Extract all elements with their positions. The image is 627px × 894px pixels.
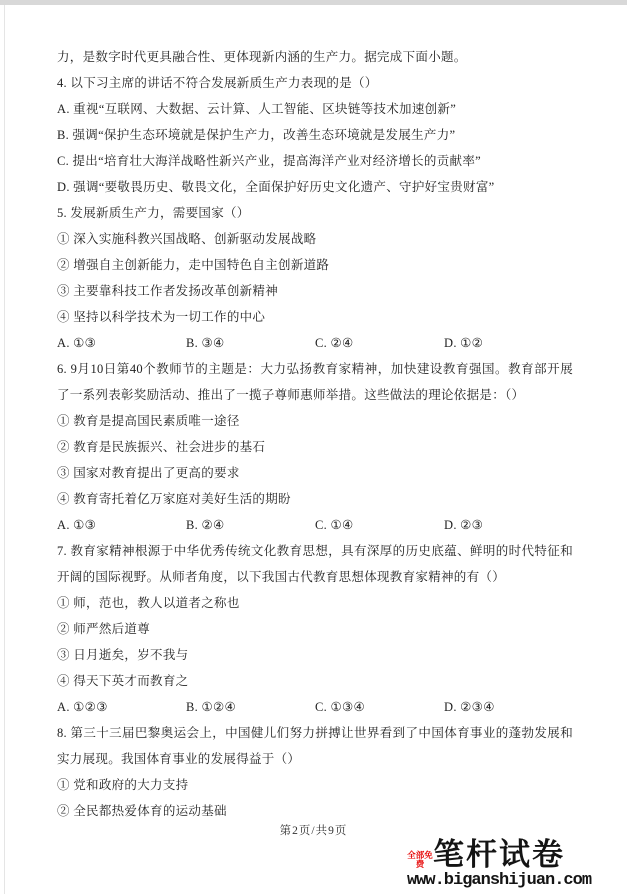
- q7-item-4: ④ 得天下英才而教育之: [57, 668, 573, 694]
- q6-answer-row: A. ①③ B. ②④ C. ①④ D. ②③: [57, 512, 573, 538]
- q6-item-4: ④ 教育寄托着亿万家庭对美好生活的期盼: [57, 486, 573, 512]
- q6-item-1: ① 教育是提高国民素质唯一途径: [57, 408, 573, 434]
- q5-answer-c: C. ②④: [315, 330, 444, 356]
- q6-answer-c: C. ①④: [315, 512, 444, 538]
- q4-option-c: C. 提出“培育壮大海洋战略性新兴产业，提高海洋产业对经济增长的贡献率”: [57, 148, 573, 174]
- scan-top-edge: [0, 0, 627, 5]
- q5-item-2: ② 增强自主创新能力，走中国特色自主创新道路: [57, 252, 573, 278]
- q5-stem: 5. 发展新质生产力，需要国家（）: [57, 200, 573, 226]
- q6-item-3: ③ 国家对教育提出了更高的要求: [57, 460, 573, 486]
- q5-item-3: ③ 主要靠科技工作者发扬改革创新精神: [57, 278, 573, 304]
- q7-item-3: ③ 日月逝矣，岁不我与: [57, 642, 573, 668]
- q6-stem: 6. 9月10日第40个教师节的主题是：大力弘扬教育家精神，加快建设教育强国。教…: [57, 356, 573, 408]
- q7-answer-c: C. ①③④: [315, 694, 444, 720]
- q7-answer-a: A. ①②③: [57, 694, 186, 720]
- scan-left-edge: [4, 5, 5, 894]
- watermark: 全部免费 笔杆试卷 www.biganshijuan.com: [407, 839, 617, 890]
- q7-stem: 7. 教育家精神根源于中华优秀传统文化教育思想，具有深厚的历史底蕴、鲜明的时代特…: [57, 538, 573, 590]
- q4-option-d: D. 强调“要敬畏历史、敬畏文化，全面保护好历史文化遗产、守护好宝贵财富”: [57, 174, 573, 200]
- watermark-brand-logo: 笔杆试卷: [433, 839, 565, 871]
- q7-answer-row: A. ①②③ B. ①②④ C. ①③④ D. ②③④: [57, 694, 573, 720]
- q4-option-a: A. 重视“互联网、大数据、云计算、人工智能、区块链等技术加速创新”: [57, 96, 573, 122]
- intro-continuation-text: 力，是数字时代更具融合性、更体现新内涵的生产力。据完成下面小题。: [57, 44, 573, 70]
- q5-answer-d: D. ①②: [444, 330, 573, 356]
- q5-item-4: ④ 坚持以科学技术为一切工作的中心: [57, 304, 573, 330]
- q8-item-2: ② 全民都热爱体育的运动基础: [57, 798, 573, 824]
- q6-answer-b: B. ②④: [186, 512, 315, 538]
- q5-answer-b: B. ③④: [186, 330, 315, 356]
- q7-item-1: ① 师，范也，教人以道者之称也: [57, 590, 573, 616]
- page-number: 第2页/共9页: [0, 822, 627, 838]
- q8-item-1: ① 党和政府的大力支持: [57, 772, 573, 798]
- q5-answer-row: A. ①③ B. ③④ C. ②④ D. ①②: [57, 330, 573, 356]
- q4-option-b: B. 强调“保护生态环境就是保护生产力，改善生态环境就是发展生产力”: [57, 122, 573, 148]
- watermark-url-link[interactable]: www.biganshijuan.com: [407, 871, 617, 890]
- q5-item-1: ① 深入实施科教兴国战略、创新驱动发展战略: [57, 226, 573, 252]
- q6-answer-a: A. ①③: [57, 512, 186, 538]
- page-content: 力，是数字时代更具融合性、更体现新内涵的生产力。据完成下面小题。 4. 以下习主…: [57, 44, 573, 824]
- q7-answer-b: B. ①②④: [186, 694, 315, 720]
- q8-stem: 8. 第三十三届巴黎奥运会上，中国健儿们努力拼搏让世界看到了中国体育事业的蓬勃发…: [57, 720, 573, 772]
- q6-item-2: ② 教育是民族振兴、社会进步的基石: [57, 434, 573, 460]
- exam-paper-page: 力，是数字时代更具融合性、更体现新内涵的生产力。据完成下面小题。 4. 以下习主…: [0, 0, 627, 894]
- q7-answer-d: D. ②③④: [444, 694, 573, 720]
- watermark-free-badge: 全部免费: [407, 851, 433, 869]
- q7-item-2: ② 师严然后道尊: [57, 616, 573, 642]
- q5-answer-a: A. ①③: [57, 330, 186, 356]
- q6-answer-d: D. ②③: [444, 512, 573, 538]
- q4-stem: 4. 以下习主席的讲话不符合发展新质生产力表现的是（）: [57, 70, 573, 96]
